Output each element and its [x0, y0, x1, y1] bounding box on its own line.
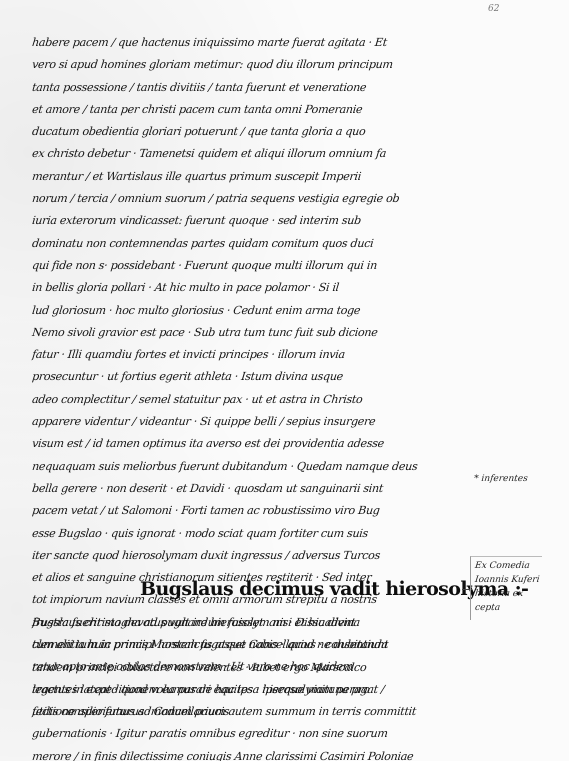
text-line: adeo complectitur / semel statuitur pax …	[31, 389, 453, 411]
text-line: et amore / tanta per christi pacem cum t…	[31, 99, 453, 121]
folio-number: 62	[488, 4, 499, 14]
text-line: vero si apud homines gloriam metimur: qu…	[31, 54, 453, 76]
margin-note-line: Ioannis Kuferi	[474, 573, 538, 587]
text-line: apparere videntur / videantur · Si quipp…	[31, 411, 453, 433]
text-line: Bugslaus christo devotus vult ire hieros…	[31, 612, 463, 634]
margin-note-line: cepta	[474, 601, 538, 615]
chapter-text-block: Bugslaus christo devotus vult ire hieros…	[32, 612, 462, 761]
manuscript-page: 62 habere pacem / que hactenus iniquissi…	[0, 0, 569, 761]
text-line: in bellis gloria pollari · At hic multo …	[31, 277, 453, 299]
text-line: bella gerere · non deserit · et Davidi ·…	[31, 478, 453, 500]
text-line: merantur / et Wartislaus ille quartus pr…	[31, 166, 453, 188]
text-line: utilis consilio futurus · Cancellarium a…	[31, 701, 463, 723]
margin-note-box: Ex ComediaIoannis Kuferihistoria excepta	[470, 556, 542, 620]
text-line: qui fide non s· possidebant · Fuerunt qu…	[31, 255, 453, 277]
text-line: ex christo debetur · Tamenetsi quidem et…	[31, 143, 453, 165]
text-line: Nemo sivoli gravior est pace · Sub utra …	[31, 322, 453, 344]
text-line: norum / tercia / omnium suorum / patria …	[31, 188, 453, 210]
text-line: merore / in finis dilectissime coniugis …	[31, 746, 463, 761]
text-line: habere pacem / que hactenus iniquissimo …	[31, 32, 453, 54]
text-line: tandem principi obluctare non valentes ·…	[31, 657, 463, 679]
text-line: pacem vetat / ut Salomoni · Forti tamen …	[31, 500, 453, 522]
text-line: iuria exterorum vindicasset: fuerunt quo…	[31, 210, 453, 232]
text-line: ducatum obedientia gloriari potuerunt / …	[31, 121, 453, 143]
text-line: prosecuntur · ut fortius egerit athleta …	[31, 366, 453, 388]
text-line: dominatu non contemnendas partes quidam …	[31, 233, 453, 255]
text-line: visum est / id tamen optimus ita averso …	[31, 433, 453, 455]
text-line: fatur · Illi quamdiu fortes et invicti p…	[31, 344, 453, 366]
margin-note-line: historia ex	[474, 587, 538, 601]
margin-note-inferentes: * inferentes	[473, 474, 528, 484]
text-line: esse Bugslao · quis ignorat · modo sciat…	[31, 523, 453, 545]
text-line: tractus in expeditionem ea parari equite…	[31, 679, 463, 701]
text-line: nequaquam suis meliorbus fuerunt dubitan…	[31, 456, 453, 478]
text-line: tanta possessione / tantis divitiis / ta…	[31, 77, 453, 99]
text-line: tum alii tum in primis Marscalcus atque …	[31, 634, 463, 656]
text-line: gubernationis · Igitur paratis omnibus e…	[31, 723, 463, 745]
text-line: iter sancte quod hierosolymam duxit ingr…	[31, 545, 453, 567]
margin-note-line: Ex Comedia	[474, 559, 538, 573]
text-line: lud gloriosum · hoc multo gloriosius · C…	[31, 300, 453, 322]
